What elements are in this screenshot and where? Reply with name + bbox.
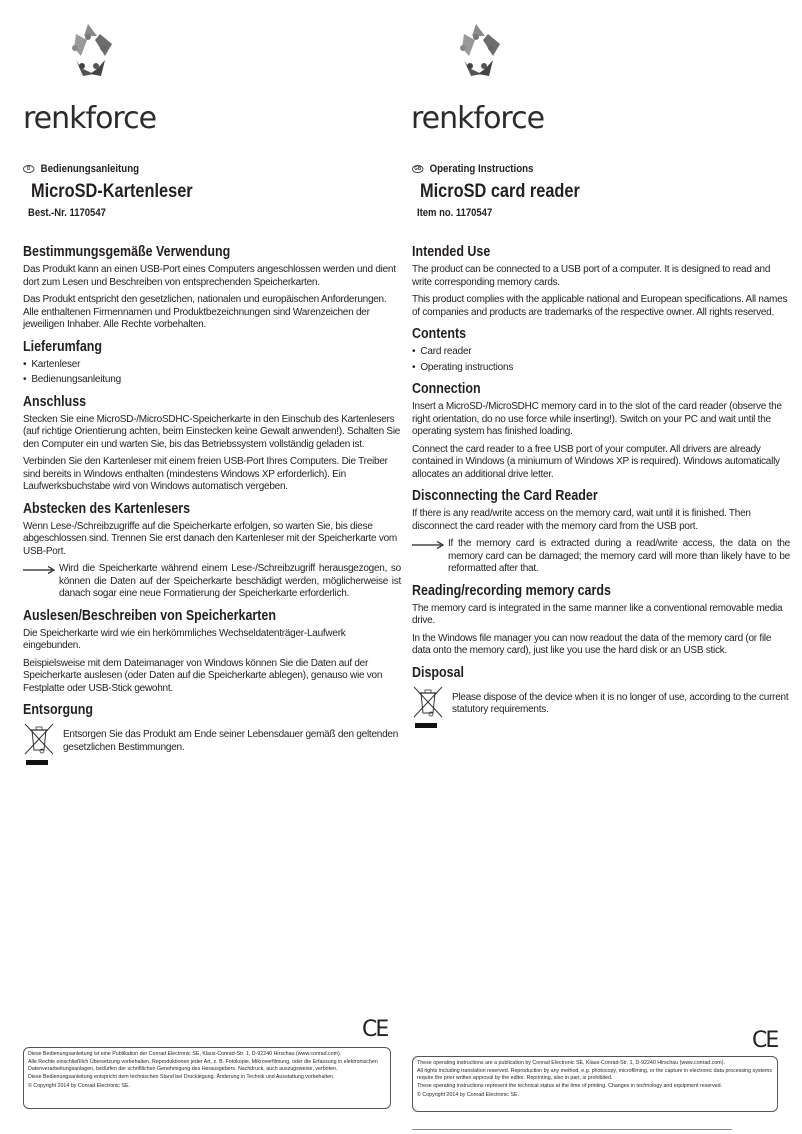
contents-list: Card reader Operating instructions (412, 346, 790, 374)
paragraph: If there is any read/write access on the… (412, 508, 790, 533)
paragraph: The memory card is integrated in the sam… (412, 603, 790, 628)
imprint-line: Diese Bedienungsanleitung entspricht dem… (28, 1074, 386, 1081)
list-item: Bedienungsanleitung (23, 374, 401, 387)
ce-mark-left: CE (362, 1017, 387, 1042)
section-connection: Anschluss Stecken Sie eine MicroSD-/Micr… (23, 393, 401, 494)
language-oval-badge-icon: GB (412, 165, 423, 173)
paragraph: Die Speicherkarte wird wie ein herkömmli… (23, 628, 401, 653)
imprint-line: These operating instructions are a publi… (417, 1060, 773, 1067)
brand-logo: renkforce (23, 22, 163, 122)
renkforce-star-logo-icon (57, 22, 119, 82)
section-contents: Contents Card reader Operating instructi… (412, 325, 790, 374)
paragraph: Insert a MicroSD-/MicroSDHC memory card … (412, 401, 790, 439)
brand-logo: renkforce (411, 22, 551, 122)
warning-note: Wird die Speicherkarte während einem Les… (23, 563, 401, 601)
section-heading: Auslesen/Beschreiben von Speicherkarten (23, 607, 348, 625)
paragraph: The product can be connected to a USB po… (412, 264, 790, 289)
list-item: Card reader (412, 346, 790, 359)
section-heading: Disconnecting the Card Reader (412, 487, 737, 505)
section-disconnect: Disconnecting the Card Reader If there i… (412, 487, 790, 576)
section-read-write: Reading/recording memory cards The memor… (412, 582, 790, 658)
section-heading: Entsorgung (23, 701, 348, 719)
product-title: MicroSD card reader (420, 181, 580, 203)
crossed-out-wheelie-bin-icon (412, 685, 452, 725)
paragraph: Beispielsweise mit dem Dateimanager von … (23, 658, 401, 696)
disposal-text: Please dispose of the device when it is … (452, 685, 790, 717)
section-intended-use: Intended Use The product can be connecte… (412, 243, 790, 319)
brand-name: renkforce (23, 104, 156, 134)
note-text: If the memory card is extracted during a… (448, 538, 790, 576)
imprint-line: All rights including translation reserve… (417, 1068, 773, 1082)
disposal-row: Please dispose of the device when it is … (412, 685, 790, 725)
imprint-line: These operating instructions represent t… (417, 1083, 773, 1090)
ce-mark-right: CE (752, 1028, 777, 1053)
paragraph: In the Windows file manager you can now … (412, 633, 790, 658)
section-disposal: Entsorgung Entsorgen Sie das Produkt am … (23, 701, 401, 762)
item-number: Best.-Nr. 1170547 (28, 207, 106, 219)
imprint-line: Diese Bedienungsanleitung ist eine Publi… (28, 1051, 386, 1058)
imprint-box-english: These operating instructions are a publi… (412, 1056, 778, 1112)
paragraph: Das Produkt kann an einen USB-Port eines… (23, 264, 401, 289)
section-heading: Bestimmungsgemäße Verwendung (23, 243, 348, 261)
section-heading: Connection (412, 380, 737, 398)
section-heading: Reading/recording memory cards (412, 582, 737, 600)
section-disconnect: Abstecken des Kartenlesers Wenn Lese-/Sc… (23, 500, 401, 601)
section-heading: Intended Use (412, 243, 737, 261)
warning-note: If the memory card is extracted during a… (412, 538, 790, 576)
section-heading: Abstecken des Kartenlesers (23, 500, 348, 518)
section-contents: Lieferumfang Kartenleser Bedienungsanlei… (23, 338, 401, 387)
paragraph: This product complies with the applicabl… (412, 294, 790, 319)
english-body: Intended Use The product can be connecte… (412, 243, 790, 731)
long-right-arrow-icon (23, 563, 59, 601)
imprint-box-german: Diese Bedienungsanleitung ist eine Publi… (23, 1047, 391, 1109)
section-heading: Anschluss (23, 393, 348, 411)
paragraph: Das Produkt entspricht den gesetzlichen,… (23, 294, 401, 332)
paragraph: Verbinden Sie den Kartenleser mit einem … (23, 456, 401, 494)
paragraph: Connect the card reader to a free USB po… (412, 444, 790, 482)
imprint-line: Alle Rechte einschließlich Übersetzung v… (28, 1059, 386, 1073)
language-oval-badge-icon: D (23, 165, 34, 173)
crossed-out-wheelie-bin-icon (23, 722, 63, 762)
german-body: Bestimmungsgemäße Verwendung Das Produkt… (23, 243, 401, 768)
section-heading: Disposal (412, 664, 737, 682)
long-right-arrow-icon (412, 538, 448, 576)
imprint-line: © Copyright 2014 by Conrad Electronic SE… (28, 1083, 386, 1090)
renkforce-star-logo-icon (445, 22, 507, 82)
note-text: Wird die Speicherkarte während einem Les… (59, 563, 401, 601)
list-item: Operating instructions (412, 362, 790, 375)
language-heading: GB Operating Instructions (412, 163, 533, 175)
product-title: MicroSD-Kartenleser (31, 181, 193, 203)
language-label: Operating Instructions (430, 163, 534, 175)
section-heading: Contents (412, 325, 737, 343)
brand-name: renkforce (411, 104, 544, 134)
paragraph: Stecken Sie eine MicroSD-/MicroSDHC-Spei… (23, 414, 401, 452)
section-read-write: Auslesen/Beschreiben von Speicherkarten … (23, 607, 401, 696)
contents-list: Kartenleser Bedienungsanleitung (23, 359, 401, 387)
paragraph: Wenn Lese-/Schreibzugriffe auf die Speic… (23, 521, 401, 559)
section-disposal: Disposal Please dispose of the device wh… (412, 664, 790, 725)
section-intended-use: Bestimmungsgemäße Verwendung Das Produkt… (23, 243, 401, 332)
section-heading: Lieferumfang (23, 338, 348, 356)
list-item: Kartenleser (23, 359, 401, 372)
language-heading: D Bedienungsanleitung (23, 163, 139, 175)
imprint-line: © Copyright 2014 by Conrad Electronic SE… (417, 1092, 773, 1099)
disposal-row: Entsorgen Sie das Produkt am Ende seiner… (23, 722, 401, 762)
language-label: Bedienungsanleitung (41, 163, 139, 175)
disposal-text: Entsorgen Sie das Produkt am Ende seiner… (63, 722, 401, 754)
section-connection: Connection Insert a MicroSD-/MicroSDHC m… (412, 380, 790, 481)
item-number: Item no. 1170547 (417, 207, 492, 219)
bottom-rule (412, 1129, 732, 1130)
